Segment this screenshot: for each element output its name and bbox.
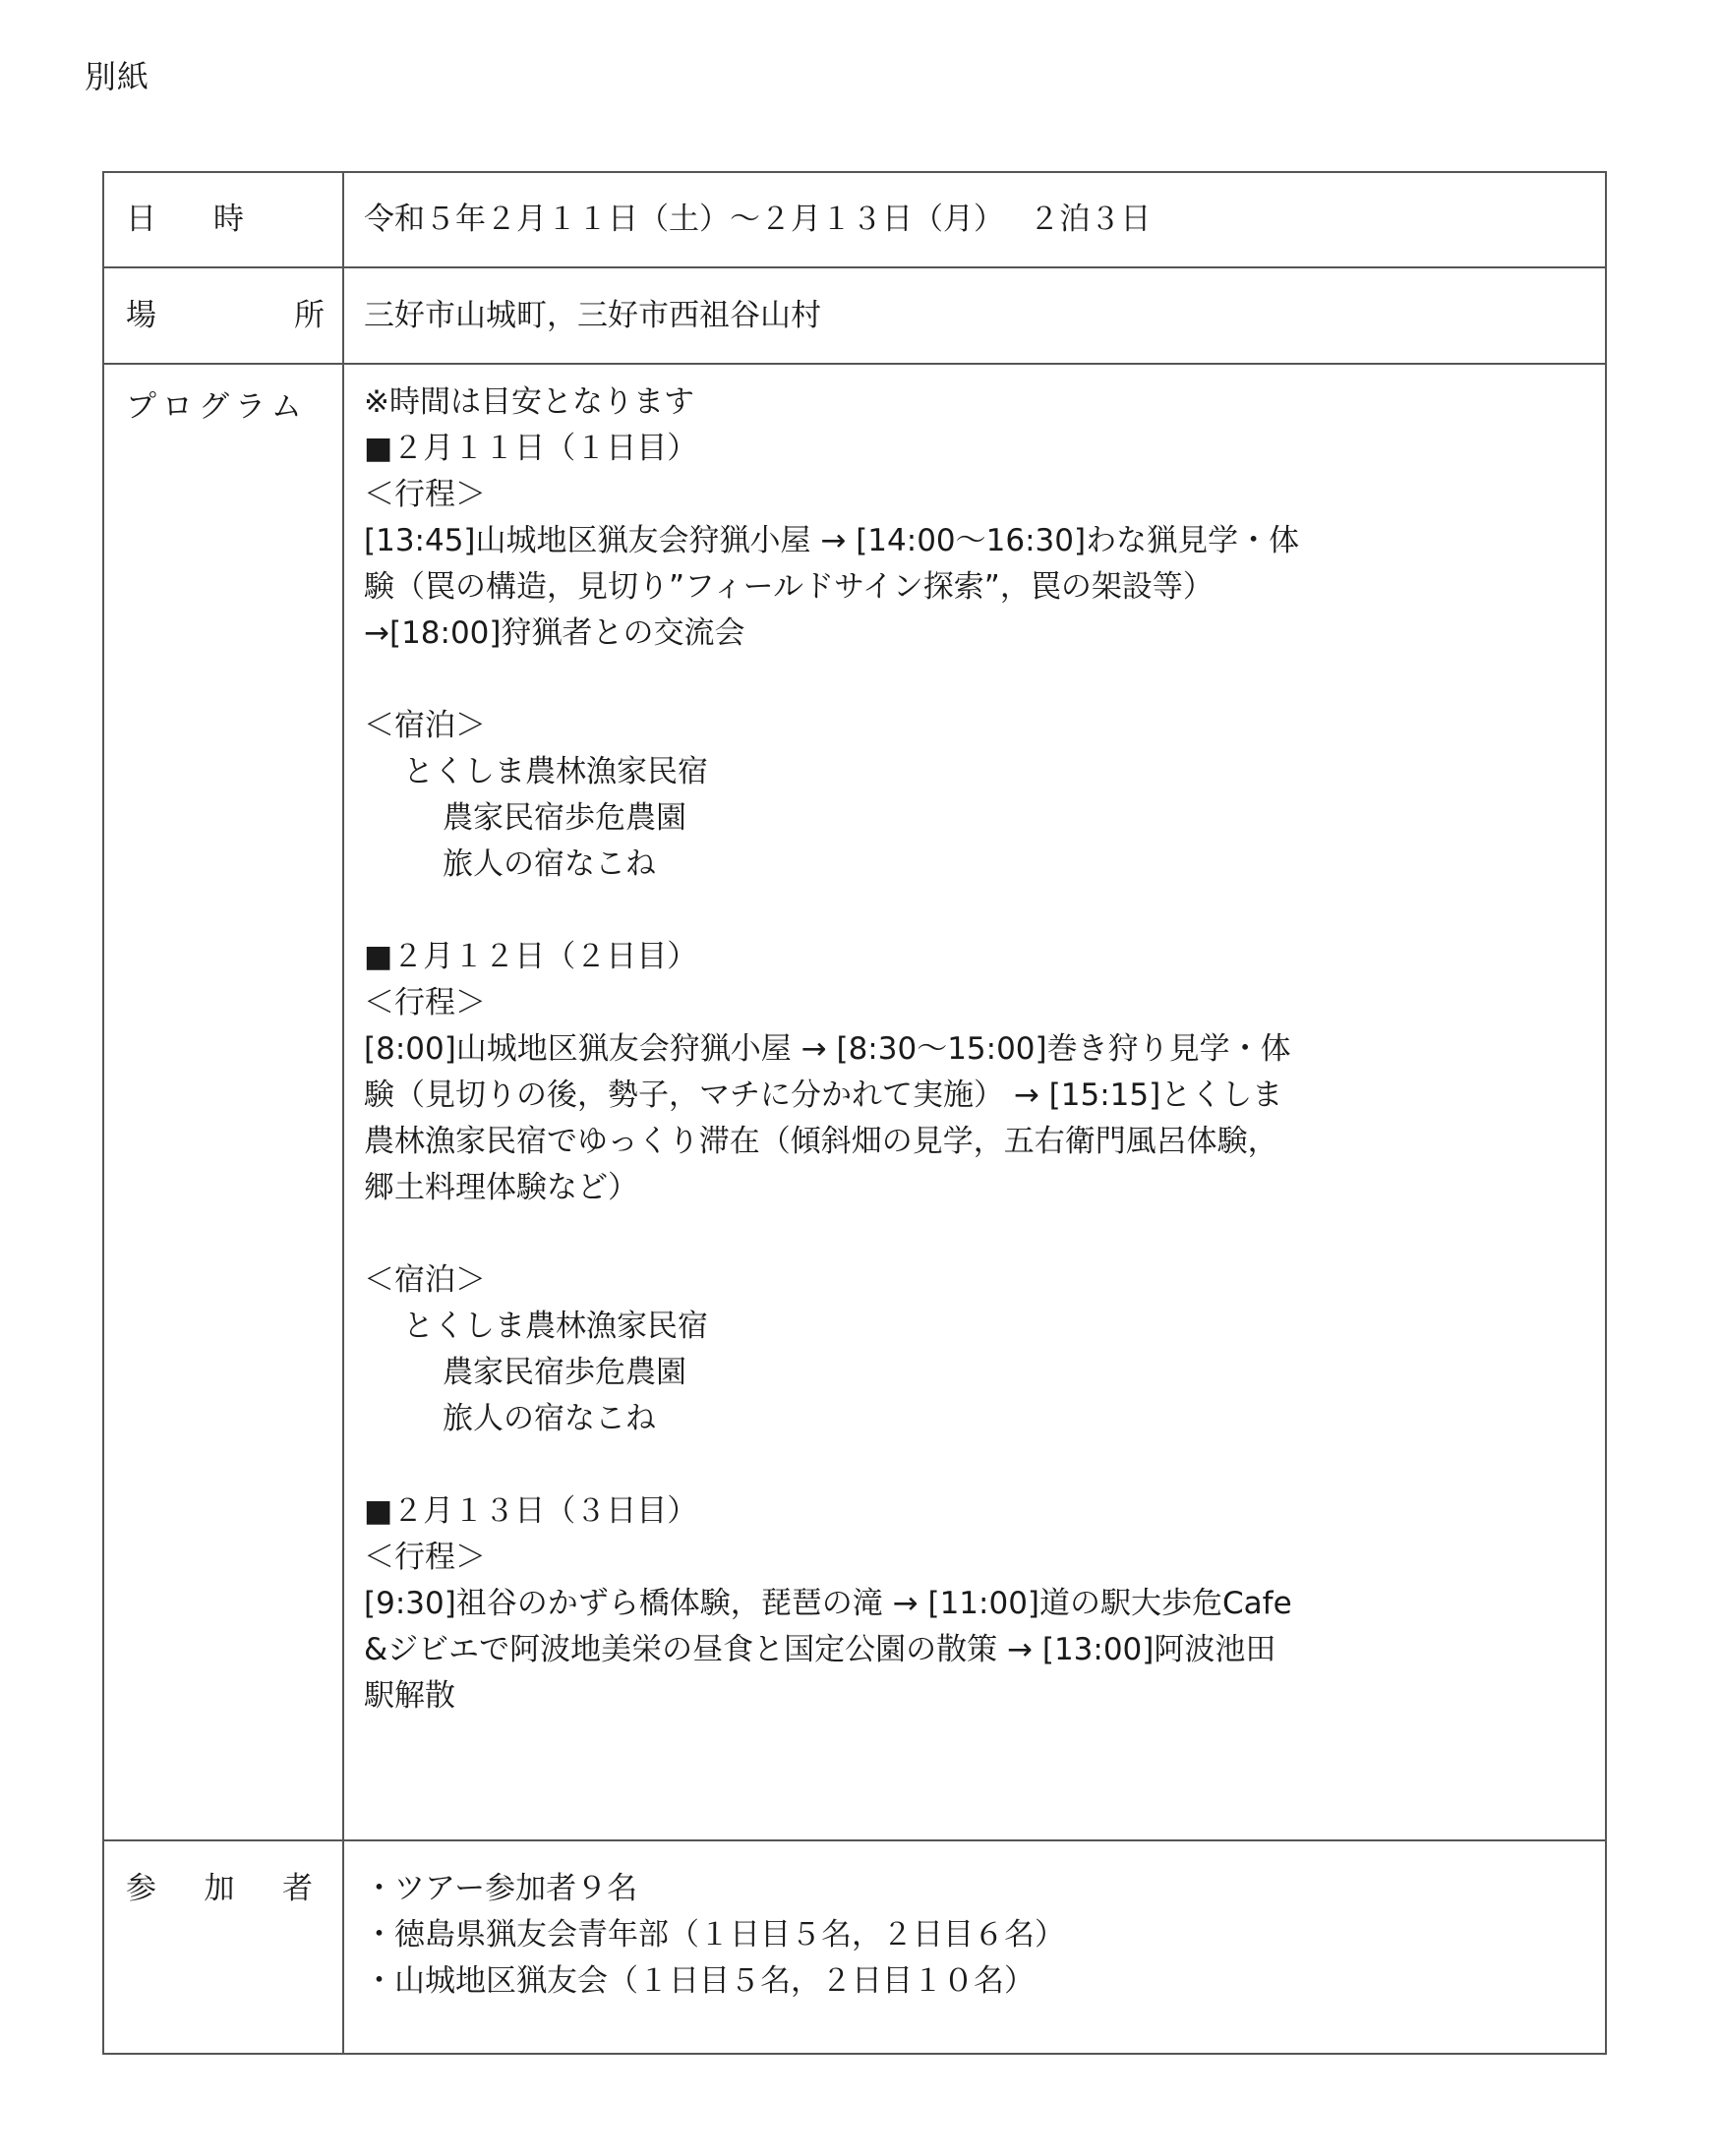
label-char: 時	[213, 197, 244, 243]
document-label: 別紙	[85, 57, 149, 96]
participant-item: ・ツアー参加者９名	[364, 1866, 1589, 1912]
value-place: 三好市山城町，三好市西祖谷山村	[343, 267, 1606, 364]
lodging-label: ＜宿泊＞	[364, 703, 1589, 749]
participant-item: ・徳島県猟友会青年部（１日目５名，２日目６名）	[364, 1912, 1589, 1958]
lodging-item: 旅人の宿なこね	[364, 842, 1589, 888]
itinerary-line: [9:30]祖谷のかずら橋体験，琵琶の滝 → [11:00]道の駅大歩危Cafe	[364, 1581, 1589, 1627]
itinerary-line: &ジビエで阿波地美栄の昼食と国定公園の散策 → [13:00]阿波池田	[364, 1627, 1589, 1673]
row-date: 日 時 令和５年２月１１日（土）～２月１３日（月） ２泊３日	[103, 172, 1606, 267]
itinerary-line: 駅解散	[364, 1673, 1589, 1719]
itinerary-line: 農林漁家民宿でゆっくり滞在（傾斜畑の見学，五右衛門風呂体験，	[364, 1119, 1589, 1165]
participant-item: ・山城地区猟友会（１日目５名，２日目１０名）	[364, 1958, 1589, 2005]
label-char: 参	[126, 1866, 156, 1912]
spacer	[364, 888, 1589, 934]
spacer	[364, 1442, 1589, 1488]
lodging-group: とくしま農林漁家民宿	[364, 749, 1589, 795]
label-char: 日	[126, 197, 156, 243]
itinerary-line: [8:00]山城地区猟友会狩猟小屋 → [8:30～15:00]巻き狩り見学・体	[364, 1026, 1589, 1073]
lodging-item: 農家民宿歩危農園	[364, 1350, 1589, 1396]
day-heading: ■２月１３日（３日目）	[364, 1488, 1589, 1535]
itinerary-label: ＜行程＞	[364, 1535, 1589, 1581]
value-participants: ・ツアー参加者９名 ・徳島県猟友会青年部（１日目５名，２日目６名） ・山城地区猟…	[343, 1840, 1606, 2054]
day-heading: ■２月１２日（２日目）	[364, 934, 1589, 980]
label-participants: 参 加 者	[103, 1840, 343, 2054]
lodging-label: ＜宿泊＞	[364, 1257, 1589, 1304]
program-note: ※時間は目安となります	[364, 379, 1589, 426]
label-char: 加	[205, 1866, 235, 1912]
label-char: 所	[294, 293, 325, 339]
label-char: 者	[282, 1866, 313, 1912]
value-date: 令和５年２月１１日（土）～２月１３日（月） ２泊３日	[343, 172, 1606, 267]
lodging-item: 農家民宿歩危農園	[364, 795, 1589, 842]
lodging-item: 旅人の宿なこね	[364, 1396, 1589, 1442]
label-program: プログラム	[103, 364, 343, 1840]
label-place: 場 所	[103, 267, 343, 364]
itinerary-label: ＜行程＞	[364, 472, 1589, 518]
spacer	[364, 657, 1589, 703]
label-date: 日 時	[103, 172, 343, 267]
schedule-table: 日 時 令和５年２月１１日（土）～２月１３日（月） ２泊３日 場 所 三好市山城…	[102, 171, 1607, 2055]
itinerary-line: 郷土料理体験など）	[364, 1165, 1589, 1211]
day-heading: ■２月１１日（１日目）	[364, 426, 1589, 472]
row-program: プログラム ※時間は目安となります ■２月１１日（１日目） ＜行程＞ [13:4…	[103, 364, 1606, 1840]
lodging-group: とくしま農林漁家民宿	[364, 1304, 1589, 1350]
value-program: ※時間は目安となります ■２月１１日（１日目） ＜行程＞ [13:45]山城地区…	[343, 364, 1606, 1840]
spacer	[364, 1211, 1589, 1257]
itinerary-line: 験（罠の構造，見切り”フィールドサイン探索”，罠の架設等）	[364, 564, 1589, 611]
label-char: 場	[126, 293, 156, 339]
itinerary-line: [13:45]山城地区猟友会狩猟小屋 → [14:00～16:30]わな猟見学・…	[364, 518, 1589, 564]
itinerary-label: ＜行程＞	[364, 980, 1589, 1026]
row-place: 場 所 三好市山城町，三好市西祖谷山村	[103, 267, 1606, 364]
itinerary-line: →[18:00]狩猟者との交流会	[364, 611, 1589, 657]
itinerary-line: 験（見切りの後，勢子，マチに分かれて実施） → [15:15]とくしま	[364, 1073, 1589, 1119]
row-participants: 参 加 者 ・ツアー参加者９名 ・徳島県猟友会青年部（１日目５名，２日目６名） …	[103, 1840, 1606, 2054]
